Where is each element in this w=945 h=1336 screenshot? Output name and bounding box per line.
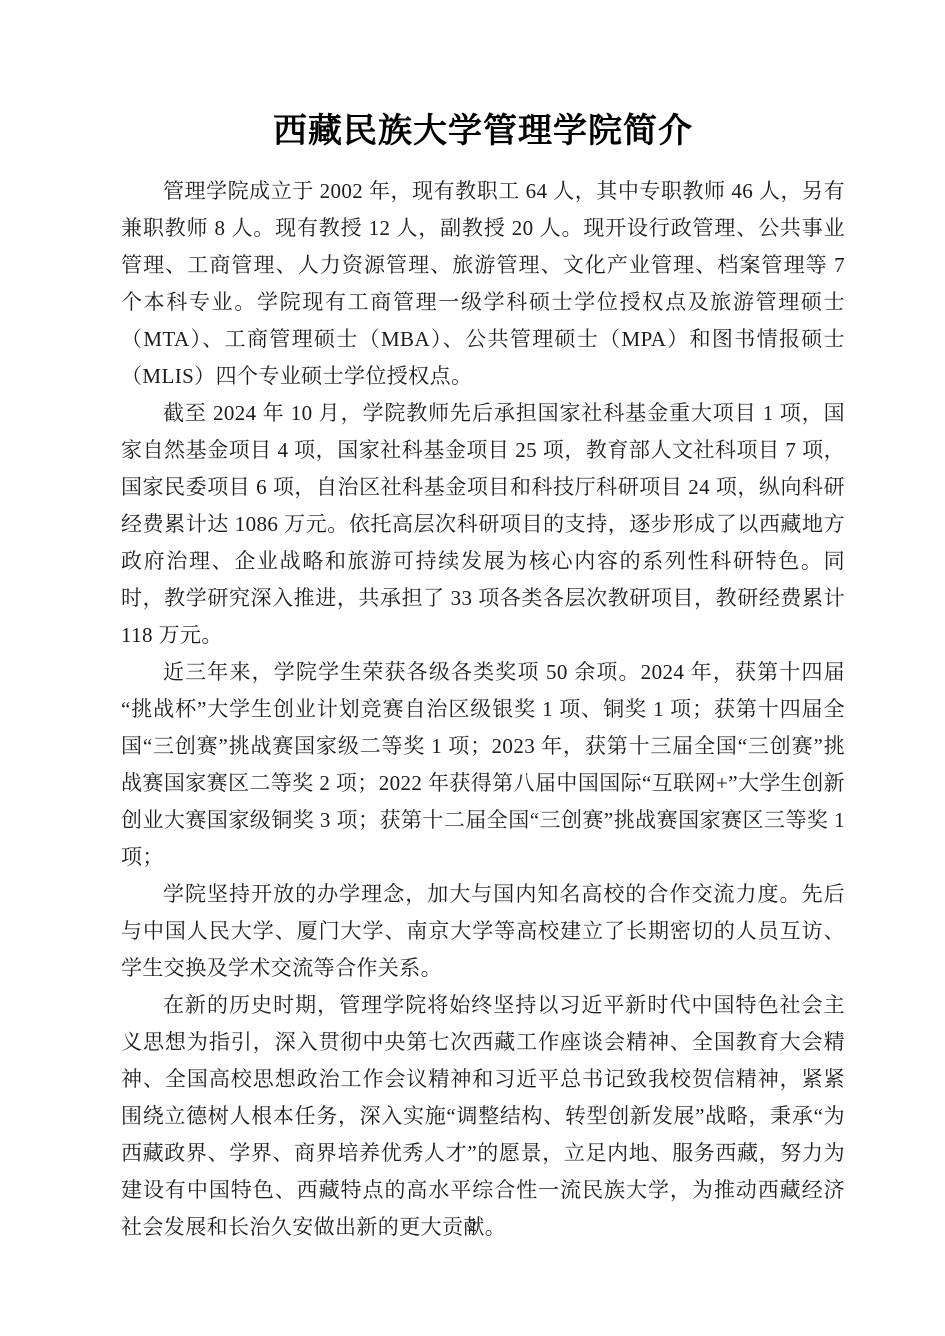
page-number: 2	[0, 1216, 945, 1236]
document-body: 管理学院成立于 2002 年，现有教职工 64 人，其中专职教师 46 人，另有…	[121, 173, 845, 1246]
paragraph-research: 截至 2024 年 10 月，学院教师先后承担国家社科基金重大项目 1 项，国家…	[121, 395, 845, 654]
paragraph-cooperation: 学院坚持开放的办学理念，加大与国内知名高校的合作交流力度。先后与中国人民大学、厦…	[121, 876, 845, 987]
document-page: 西藏民族大学管理学院简介 管理学院成立于 2002 年，现有教职工 64 人，其…	[0, 0, 945, 1336]
page-title: 西藏民族大学管理学院简介	[121, 112, 845, 153]
paragraph-overview: 管理学院成立于 2002 年，现有教职工 64 人，其中专职教师 46 人，另有…	[121, 173, 845, 395]
document-content: 西藏民族大学管理学院简介 管理学院成立于 2002 年，现有教职工 64 人，其…	[0, 0, 945, 1246]
paragraph-vision: 在新的历史时期，管理学院将始终坚持以习近平新时代中国特色社会主义思想为指引，深入…	[121, 987, 845, 1246]
paragraph-student-awards: 近三年来，学院学生荣获各级各类奖项 50 余项。2024 年，获第十四届“挑战杯…	[121, 654, 845, 876]
